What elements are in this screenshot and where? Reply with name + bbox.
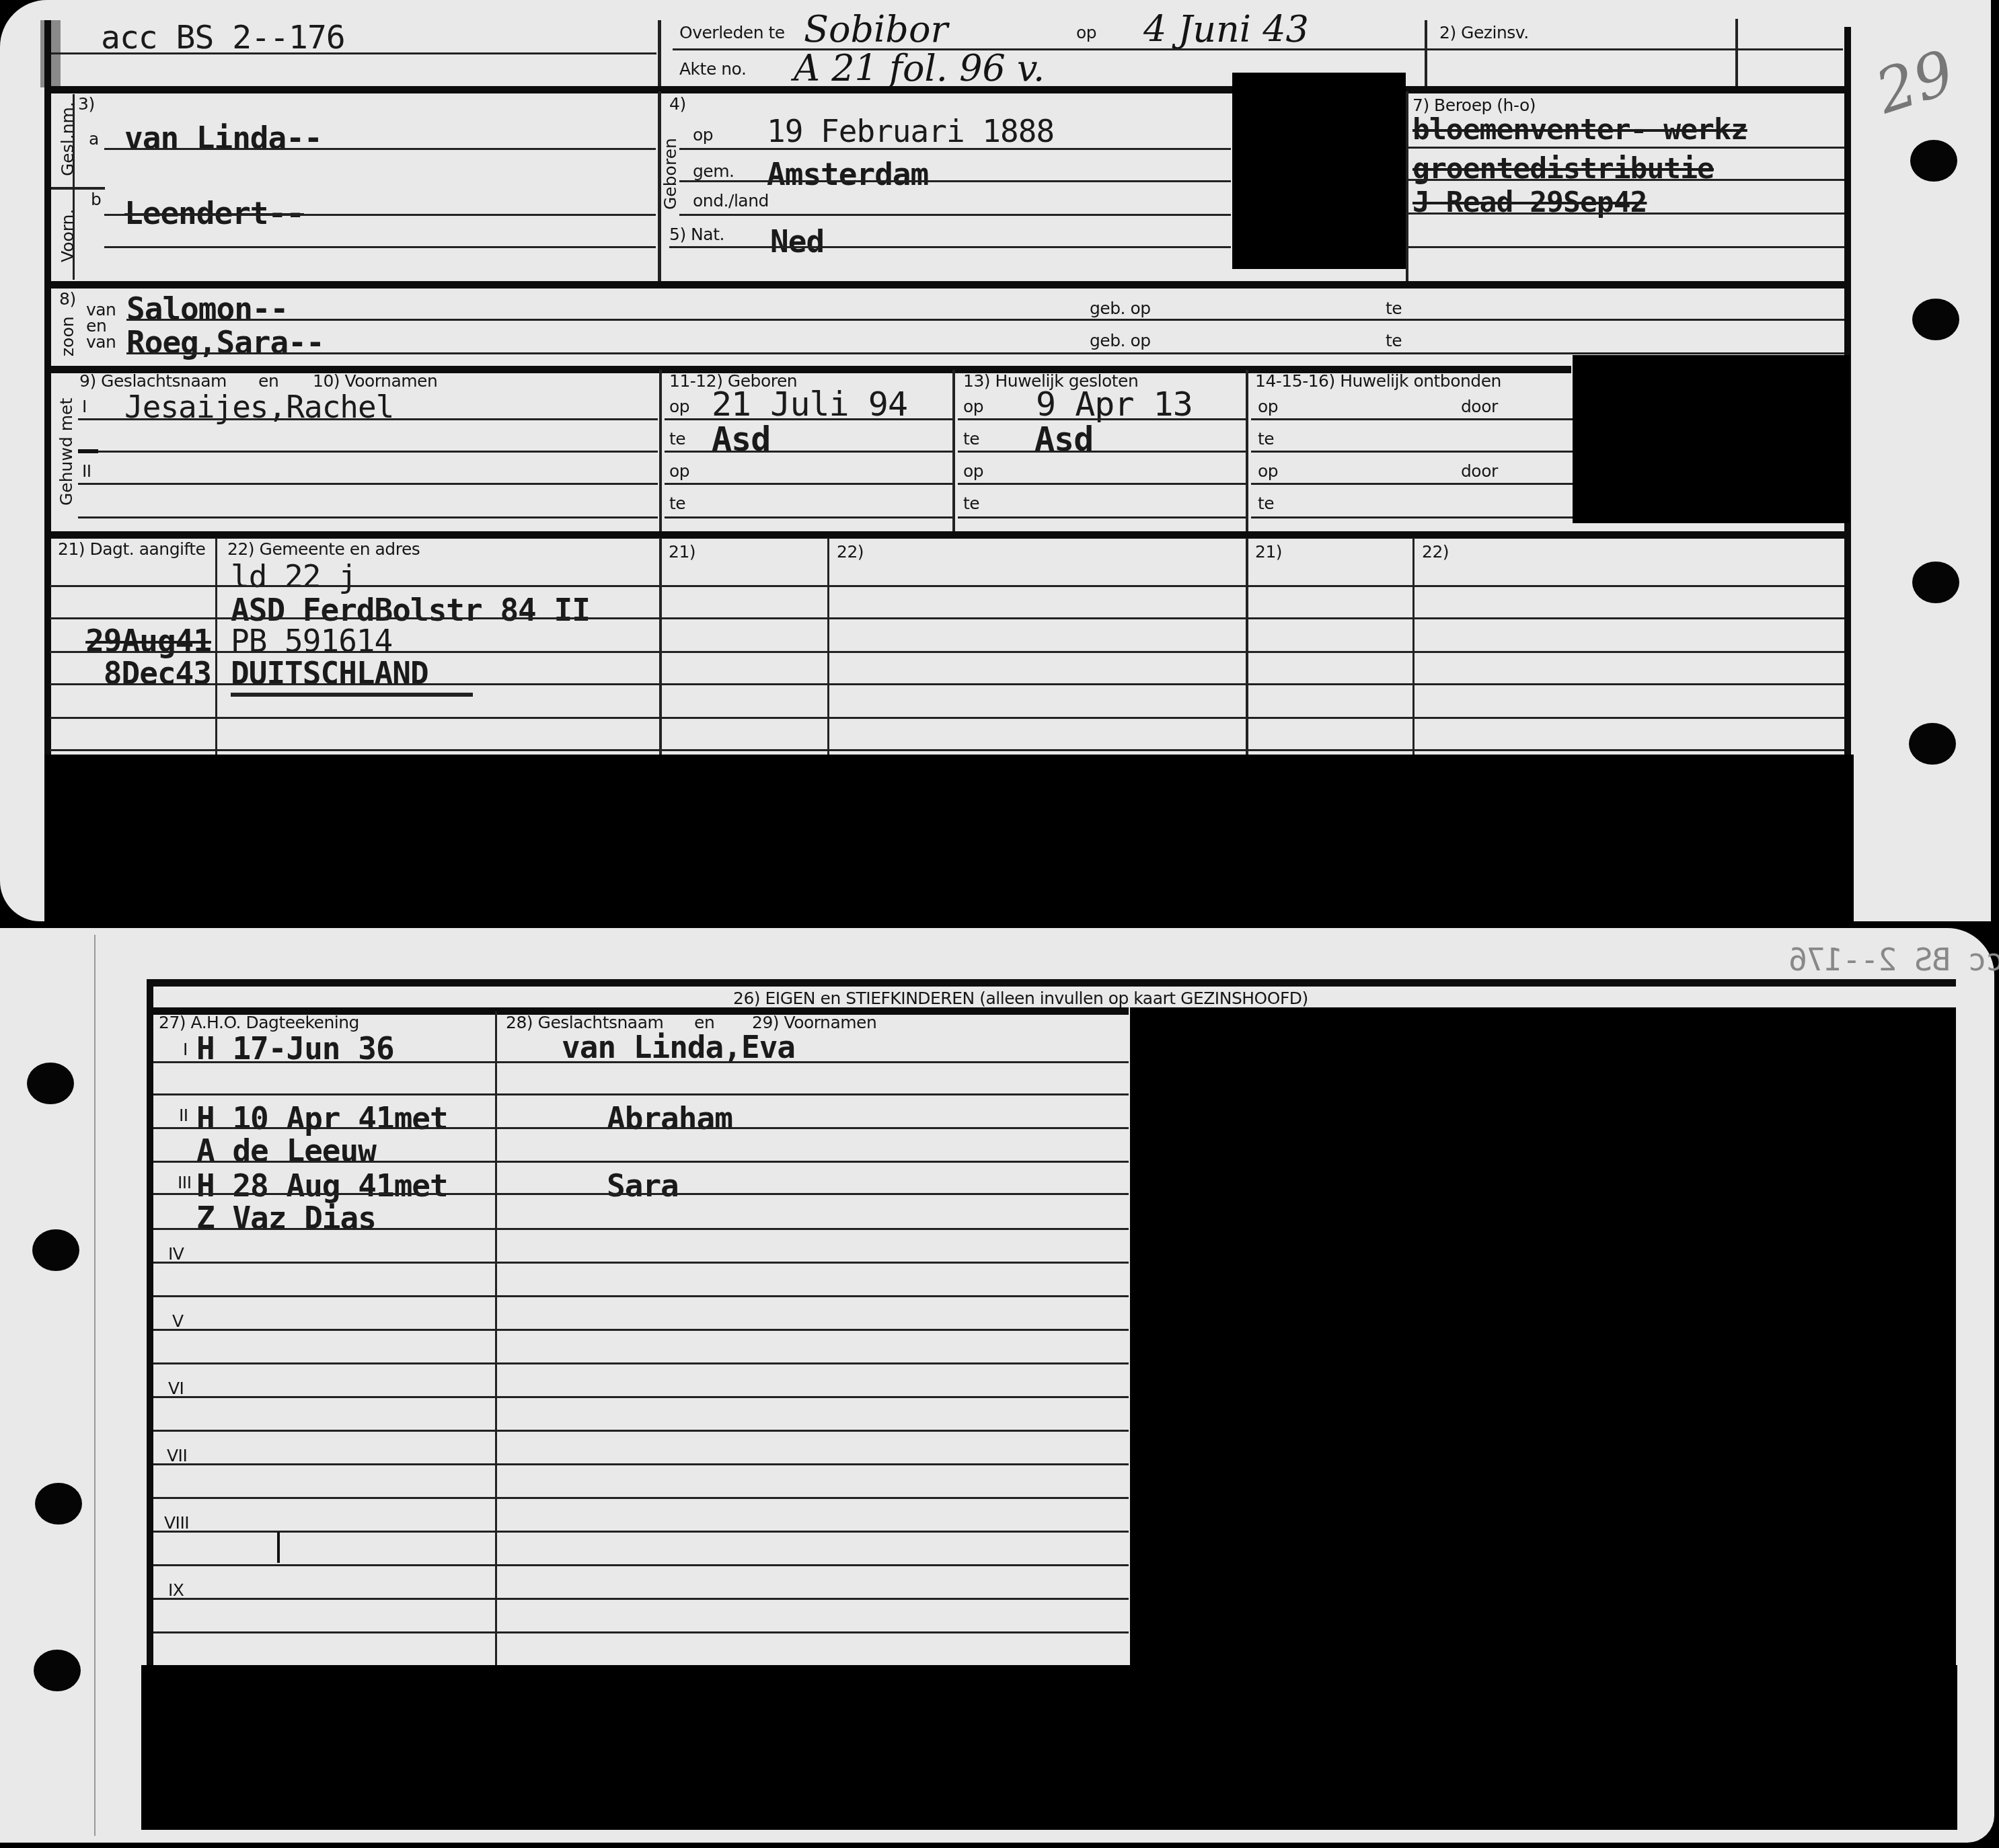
rule bbox=[153, 1598, 1129, 1600]
col-date-label: 21) Dagt. aangifte bbox=[58, 539, 206, 559]
overleden-op-value: 4 Juni 43 bbox=[1143, 8, 1309, 50]
spouse-I-marker: I bbox=[82, 397, 87, 416]
child-marker: VI bbox=[168, 1379, 184, 1398]
rule bbox=[153, 1262, 1129, 1264]
rule bbox=[50, 585, 659, 587]
rule bbox=[153, 1564, 1129, 1566]
rule bbox=[153, 1193, 1129, 1195]
rule bbox=[1251, 451, 1573, 453]
col21b-label: 21) bbox=[669, 542, 695, 562]
divider bbox=[1406, 91, 1408, 281]
rule bbox=[153, 1362, 1129, 1364]
rule bbox=[126, 352, 1844, 354]
child-aho-extra: A de Leeuw bbox=[196, 1132, 376, 1169]
gezinsv-label: 2) Gezinsv. bbox=[1439, 23, 1529, 42]
punch-hole bbox=[27, 1063, 74, 1104]
spouse-II-marker: II bbox=[82, 461, 91, 481]
rule bbox=[153, 1093, 1129, 1095]
spouse-born-te-label: te bbox=[669, 429, 685, 449]
rule bbox=[958, 516, 1246, 518]
punch-hole bbox=[34, 1650, 81, 1691]
child-aho-extra: Z Vaz Dias bbox=[196, 1200, 376, 1236]
rule bbox=[665, 483, 952, 485]
rule bbox=[153, 1631, 1129, 1633]
father-name: Salomon-- bbox=[126, 291, 288, 327]
redacted-block bbox=[1232, 73, 1406, 269]
date-2: 8Dec43 bbox=[50, 655, 211, 691]
margin-line bbox=[94, 935, 96, 1836]
dissolved-te-label: te bbox=[1258, 429, 1274, 449]
spouse-born-op-label: op bbox=[669, 397, 689, 416]
redacted-block bbox=[141, 1665, 1957, 1830]
rule bbox=[679, 180, 1231, 182]
rule bbox=[104, 246, 656, 248]
mother-geb-op-label: geb. op bbox=[1090, 331, 1151, 350]
divider bbox=[1735, 19, 1738, 90]
dissolved-II-op-label: op bbox=[1258, 461, 1278, 481]
parents-section-number: 8) bbox=[59, 289, 76, 309]
label-b: b bbox=[91, 190, 101, 209]
side-label-married-with: Gehuwd met bbox=[56, 398, 76, 506]
section-rule bbox=[44, 531, 1850, 539]
rule bbox=[50, 683, 659, 685]
child-marker: I bbox=[183, 1040, 188, 1059]
child-marker: V bbox=[172, 1311, 184, 1331]
rule bbox=[104, 214, 656, 216]
married-II-op-label: op bbox=[963, 461, 983, 481]
rule bbox=[1408, 147, 1844, 149]
registration-card-back: acc BS 2--176 26) EIGEN en STIEFKINDEREN… bbox=[0, 928, 1994, 1843]
rule bbox=[1251, 516, 1573, 518]
rule bbox=[153, 1430, 1129, 1432]
col-en-label: en bbox=[258, 371, 278, 391]
pen-mark bbox=[277, 1532, 280, 1563]
nationality-value: Ned bbox=[770, 223, 824, 260]
col-firstname-label: 10) Voornamen bbox=[313, 371, 437, 391]
rule bbox=[126, 319, 1844, 321]
married-place: Asd bbox=[1034, 420, 1093, 459]
spouse-II-born-op-label: op bbox=[669, 461, 689, 481]
col-address-label: 22) Gemeente en adres bbox=[227, 539, 420, 559]
child-marker: II bbox=[179, 1106, 188, 1125]
rule bbox=[153, 1396, 1129, 1398]
divider bbox=[659, 538, 662, 755]
label-a: a bbox=[89, 129, 99, 149]
rule bbox=[958, 483, 1246, 485]
spouse-born-place: Asd bbox=[712, 420, 770, 459]
rule bbox=[662, 683, 1844, 685]
punch-hole bbox=[1912, 562, 1959, 603]
name-section-number: 3) bbox=[78, 94, 95, 114]
rule bbox=[153, 1497, 1129, 1499]
child-marker: IV bbox=[168, 1244, 184, 1264]
child-marker: III bbox=[178, 1173, 192, 1192]
divider bbox=[1246, 538, 1248, 755]
rule bbox=[104, 148, 656, 150]
mother-te-label: te bbox=[1386, 331, 1402, 350]
birth-date: 19 Februari 1888 bbox=[767, 113, 1054, 149]
archive-code: acc BS 2--176 bbox=[101, 19, 345, 56]
rule bbox=[1251, 418, 1573, 420]
married-II-te-label: te bbox=[963, 494, 979, 513]
rule bbox=[78, 418, 658, 420]
side-label-son: zoon bbox=[58, 316, 77, 356]
dissolved-op-label: op bbox=[1258, 397, 1278, 416]
rule bbox=[1408, 213, 1844, 215]
rule bbox=[665, 451, 952, 453]
rule bbox=[78, 516, 658, 518]
child-name: van Linda,Eva bbox=[562, 1029, 795, 1065]
rule bbox=[665, 516, 952, 518]
side-label-born: Geboren bbox=[661, 138, 680, 210]
rule bbox=[662, 585, 1844, 587]
divider bbox=[952, 370, 955, 531]
overleden-te-value: Sobibor bbox=[804, 8, 948, 50]
punch-hole bbox=[1910, 140, 1957, 182]
address-line-3: PB 591614 bbox=[231, 623, 392, 659]
rule bbox=[153, 1127, 1129, 1129]
mirrored-archive-code: acc BS 2--176 bbox=[1789, 941, 1999, 978]
children-section-title: 26) EIGEN en STIEFKINDEREN (alleen invul… bbox=[733, 989, 1308, 1008]
col22c-label: 22) bbox=[1422, 542, 1449, 562]
rule bbox=[51, 52, 656, 54]
rule bbox=[153, 1061, 1129, 1063]
divider bbox=[658, 20, 661, 90]
punch-hole bbox=[32, 1229, 79, 1271]
birth-gem-label: gem. bbox=[693, 161, 734, 181]
rule bbox=[50, 651, 659, 653]
rule bbox=[958, 418, 1246, 420]
rule bbox=[50, 717, 659, 719]
rule bbox=[669, 246, 1231, 248]
rule bbox=[662, 717, 1844, 719]
rule bbox=[153, 1531, 1129, 1533]
section-rule bbox=[44, 281, 1850, 288]
birth-op-label: op bbox=[693, 125, 713, 145]
date-1: 29Aug41 bbox=[50, 623, 211, 659]
col-aho-label: 27) A.H.O. Dagteekening bbox=[159, 1013, 359, 1032]
dissolved-II-door-label: door bbox=[1461, 461, 1498, 481]
section-rule bbox=[44, 86, 1850, 93]
rule bbox=[1426, 48, 1843, 50]
address-line-1: ld 22 j bbox=[231, 558, 356, 594]
married-te-label: te bbox=[963, 429, 979, 449]
col21c-label: 21) bbox=[1255, 542, 1282, 562]
rule bbox=[50, 617, 659, 619]
divider bbox=[1246, 370, 1248, 531]
child-aho: H 28 Aug 41met bbox=[196, 1167, 448, 1204]
divider bbox=[827, 538, 829, 755]
divider bbox=[1412, 538, 1415, 755]
rule bbox=[78, 483, 658, 485]
address-line-4: DUITSCHLAND bbox=[231, 655, 428, 691]
pencil-page-number: 29 bbox=[1868, 37, 1963, 128]
married-op-label: op bbox=[963, 397, 983, 416]
nationality-label: 5) Nat. bbox=[669, 225, 724, 244]
rule bbox=[153, 1228, 1129, 1230]
punch-hole bbox=[1912, 299, 1959, 340]
divider bbox=[1425, 20, 1427, 90]
father-te-label: te bbox=[1386, 299, 1402, 318]
occupation-label: 7) Beroep (h-o) bbox=[1412, 95, 1536, 115]
section-rule bbox=[147, 979, 1956, 987]
rule bbox=[1408, 179, 1844, 181]
punch-hole bbox=[35, 1483, 82, 1525]
father-geb-op-label: geb. op bbox=[1090, 299, 1151, 318]
rule bbox=[673, 48, 1426, 50]
redacted-block bbox=[1573, 355, 1850, 523]
mother-prefix: van bbox=[86, 332, 116, 352]
dissolved-II-te-label: te bbox=[1258, 494, 1274, 513]
akte-no-label: Akte no. bbox=[679, 59, 746, 79]
rule bbox=[1408, 246, 1844, 248]
birth-section-number: 4) bbox=[669, 94, 686, 114]
divider bbox=[659, 370, 662, 531]
rule bbox=[153, 1161, 1129, 1163]
akte-no-value: A 21 fol. 96 v. bbox=[794, 47, 1045, 89]
child-name: Sara bbox=[607, 1167, 679, 1204]
divider bbox=[73, 94, 75, 280]
col22b-label: 22) bbox=[837, 542, 864, 562]
dissolved-door-label: door bbox=[1461, 397, 1498, 416]
underline bbox=[231, 693, 473, 697]
registration-card-front: acc BS 2--176 Overleden te Sobibor op 4 … bbox=[0, 0, 1991, 921]
rule bbox=[153, 1329, 1129, 1331]
birth-ond-land-label: ond./land bbox=[693, 191, 769, 210]
rule bbox=[662, 617, 1844, 619]
rule bbox=[665, 418, 952, 420]
surname-value: van Linda-- bbox=[124, 120, 322, 156]
rule bbox=[153, 1295, 1129, 1297]
rule bbox=[679, 148, 1231, 150]
child-marker: VII bbox=[167, 1446, 187, 1465]
divider bbox=[215, 538, 217, 755]
rule bbox=[50, 749, 1844, 751]
birth-municipality: Amsterdam bbox=[767, 156, 928, 192]
col-surname-label: 9) Geslachtsnaam bbox=[79, 371, 227, 391]
child-marker: IX bbox=[168, 1580, 184, 1600]
overleden-te-label: Overleden te bbox=[679, 23, 785, 42]
rule bbox=[153, 1463, 1129, 1465]
child-marker: VIII bbox=[164, 1513, 189, 1533]
redacted-block bbox=[44, 755, 1854, 921]
overleden-op-label: op bbox=[1076, 23, 1096, 42]
rule bbox=[78, 451, 658, 453]
child-aho: H 10 Apr 41met bbox=[196, 1100, 448, 1137]
rule bbox=[679, 214, 1231, 216]
spouse-II-born-te-label: te bbox=[669, 494, 685, 513]
child-name: Abraham bbox=[607, 1100, 732, 1137]
rule bbox=[662, 651, 1844, 653]
rule bbox=[1251, 483, 1573, 485]
occupation-line-1: bloemenventer- werkz bbox=[1412, 113, 1747, 147]
punch-hole bbox=[1909, 723, 1956, 765]
first-name-value: Leendert-- bbox=[124, 195, 304, 231]
mother-name: Roeg,Sara-- bbox=[126, 324, 324, 360]
col-dissolved-label: 14-15-16) Huwelijk ontbonden bbox=[1255, 371, 1501, 391]
rule-mark bbox=[78, 449, 98, 453]
rule bbox=[958, 451, 1246, 453]
